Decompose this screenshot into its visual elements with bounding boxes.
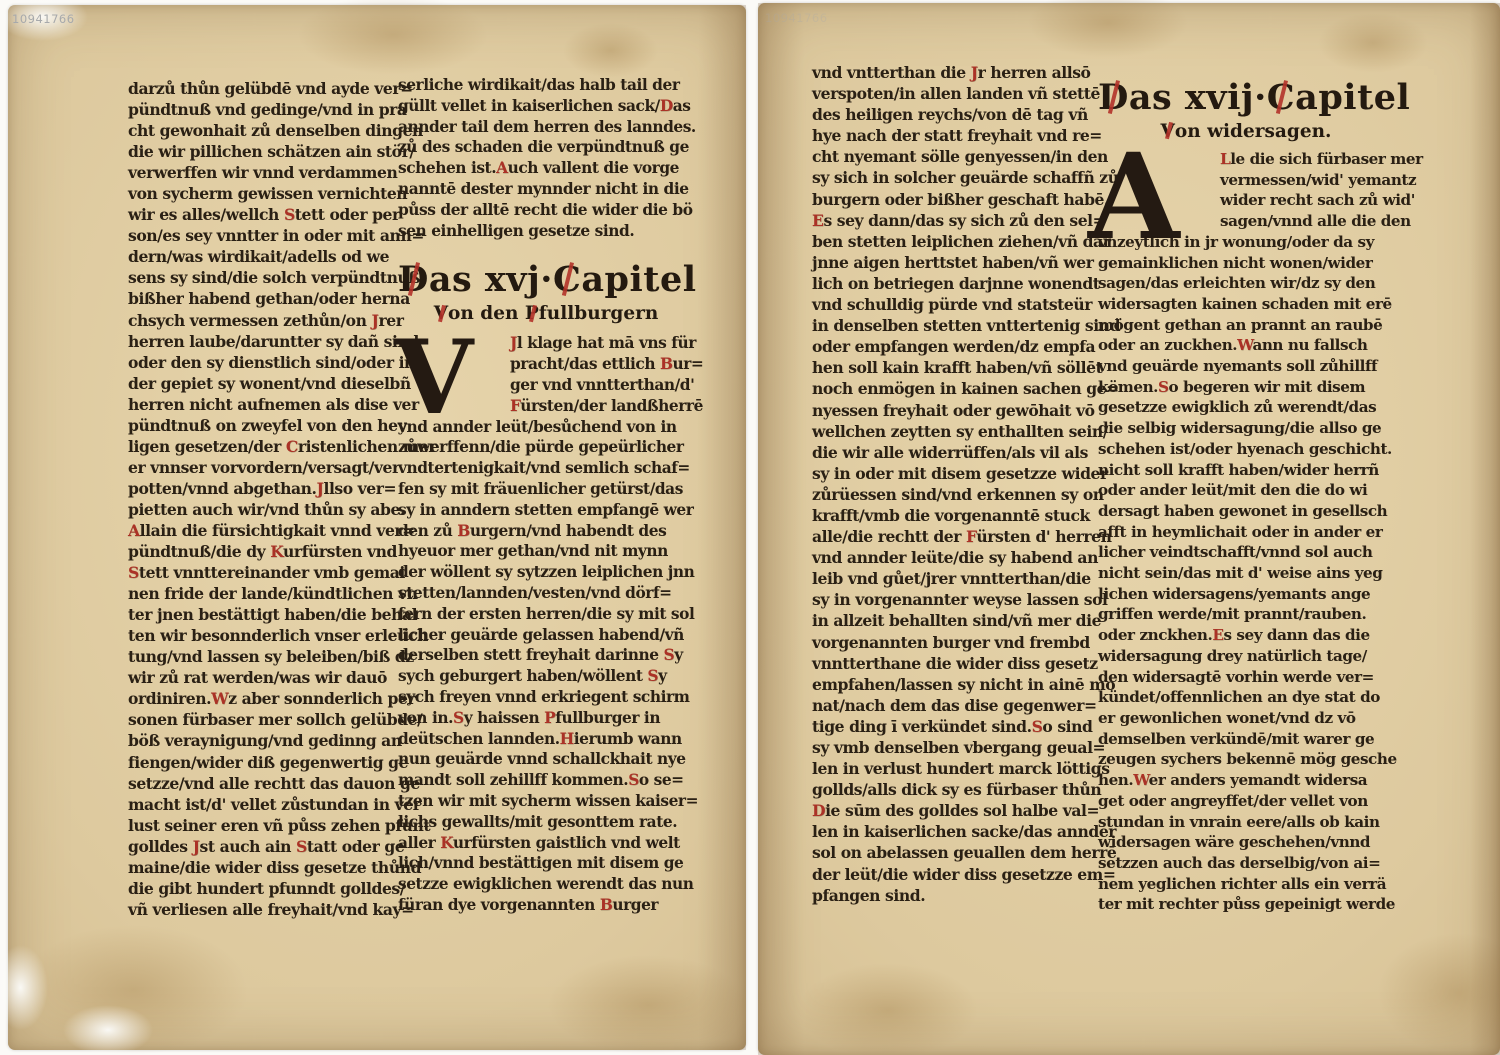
chapter-heading-16: Das xvj·Capitel <box>398 258 694 302</box>
text-line: von in.Sy haissen Pfullburger in <box>398 708 694 729</box>
text-line: nyessen freyhait oder gewōhait vō <box>812 400 1092 421</box>
text-line: tung/vnd lassen sy beleiben/biß dz <box>128 646 400 667</box>
rubricated-initial: S <box>128 563 139 582</box>
paper-stain <box>18 925 248 1055</box>
text-line: pündtnuß/die dy Kurfürsten vnd <box>128 541 400 562</box>
rubricated-initial: C <box>553 259 581 300</box>
text-line: cht gewonhait zů denselben dingen <box>128 120 400 141</box>
rubricated-initial: S <box>647 667 658 685</box>
rubricated-initial: B <box>660 355 673 373</box>
text-line: hye nach der statt freyhait vnd re= <box>812 125 1092 146</box>
text-line: sy in oder mit disem gesetzze wider <box>812 463 1092 484</box>
text-line: oder an zuckhen.Wann nu fallsch <box>1098 335 1394 356</box>
book-scan: 10941766 10941766 darzů thůn gelübdē vnd… <box>0 0 1500 1055</box>
rubricated-initial: J <box>510 334 517 352</box>
text-line: wellchen zeytten sy enthallten sein/ <box>812 421 1092 442</box>
left-column-2: serliche wirdikait/das halb tail dergüll… <box>398 75 694 916</box>
rubricated-initial: H <box>560 730 574 748</box>
text-line: zů des schaden die verpündtnuß ge <box>398 137 694 158</box>
rubricated-initial: C <box>286 437 298 456</box>
text-line: wider recht sach zů wid' <box>1220 190 1394 211</box>
rubricated-initial: D <box>398 259 429 300</box>
text-line: cht nyemant sölle genyessen/in den <box>812 146 1092 167</box>
rubricated-initial: F <box>510 397 520 415</box>
text-line: lust seiner eren vñ půss zehen pfunt <box>128 815 400 836</box>
text-line: sen einhelligen gesetze sind. <box>398 221 694 242</box>
paper-stain <box>1028 0 1188 58</box>
text-line: pfangen sind. <box>812 885 1092 906</box>
text-line: nem yeglichen richter alls ein verrä <box>1098 874 1394 895</box>
text-line: zůrüessen sind/vnd erkennen sy on <box>812 484 1092 505</box>
text-line: sy vmb denselben vbergang geual= <box>812 737 1092 758</box>
text-line: chsych vermessen zethůn/on Jrer <box>128 310 400 331</box>
woodcut-initial-V: V <box>394 333 473 423</box>
text-line: potten/vnnd abgethan.Jllso ver= <box>128 478 400 499</box>
text-line: güllt vellet in kaiserlichen sack/Das <box>398 96 694 117</box>
text-line: mandt soll zehillff kommen.So se= <box>398 770 694 791</box>
page-edge-shade <box>1470 3 1500 1055</box>
text-line: vnd annder leüte/die sy habend an <box>812 547 1092 568</box>
text-line: sagen/das erleichten wir/dz sy den <box>1098 273 1394 294</box>
text-line: lichs gewallts/mit gesonttem rate. <box>398 812 694 833</box>
text-line: Stett vnnttereinander vmb gemai <box>128 562 400 583</box>
rubricated-initial: S <box>284 205 295 224</box>
text-line: pracht/das ettlich Bur= <box>510 354 694 375</box>
page-edge-shade <box>698 5 746 1050</box>
torn-edge <box>0 945 48 1030</box>
text-line: tige ding ī verkündet sind.So sind <box>812 716 1092 737</box>
rubricated-initial: W <box>1133 771 1148 789</box>
text-line: licher geuärde gelassen habend/vñ <box>398 625 694 646</box>
rubricated-initial: A <box>128 521 140 540</box>
text-line: hyeuor mer gethan/vnd nit mynn <box>398 541 694 562</box>
text-line: von sycherm gewissen vernichten <box>128 183 400 204</box>
text-line: Es sey dann/das sy sich zů den sel= <box>812 210 1092 231</box>
text-line: nun geuärde vnnd schallckhait nye <box>398 749 694 770</box>
text-line: půss der alltē recht die wider die bö <box>398 200 694 221</box>
chapter-16-text: V Jl klage hat mā vns fürpracht/das ettl… <box>398 333 694 915</box>
text-line: afft in heymlichait oder in ander er <box>1098 522 1394 543</box>
text-line: lichen widersagens/yemants ange <box>1098 584 1394 605</box>
text-line: aller Kurfürsten gaistlich vnd welt <box>398 833 694 854</box>
text-line: herren nicht aufnemen als dise ver <box>128 394 400 415</box>
text-line: in allzeit behallten sind/vñ mer die <box>812 610 1092 631</box>
paper-stain <box>563 23 658 78</box>
rubricated-initial: W <box>211 689 228 708</box>
text-line: noch enmögen in kainen sachen ge= <box>812 378 1092 399</box>
text-line: golldes Jst auch ain Statt oder ge <box>128 836 400 857</box>
rubricated-initial: S <box>628 771 639 789</box>
text-line: er vnnser vorvordern/versagt/ver <box>128 457 400 478</box>
text-line: zůwerffenn/die pürde gepeürlicher <box>398 437 694 458</box>
torn-edge <box>63 1005 153 1055</box>
text-line: setzzen auch das derselbig/von ai= <box>1098 853 1394 874</box>
text-line: Jl klage hat mā vns für <box>510 333 694 354</box>
text-line: vñ verliesen alle freyhait/vnd kay= <box>128 899 400 920</box>
chapter-17-text: A Lle die sich fürbaser mervermessen/wid… <box>1098 149 1394 915</box>
page-edge-shade <box>758 3 804 1055</box>
text-line: derselben stett freyhait darinne Sy <box>398 645 694 666</box>
text-line: den zů Burgern/vnd habendt des <box>398 521 694 542</box>
text-line: gesetzze ewigklich zů werendt/das <box>1098 397 1394 418</box>
text-line: vnd vntterthan die Jr herren allsō <box>812 62 1092 83</box>
rubricated-initial: D <box>812 801 825 820</box>
text-line: ter jnen bestättigt haben/die behal <box>128 604 400 625</box>
text-line: die wir pillichen schätzen ain stör/ <box>128 141 400 162</box>
text-line: maine/die wider diss gesetze thůnd <box>128 857 400 878</box>
text-line: vnd schulldig pürde vnd statsteür <box>812 294 1092 315</box>
rubricated-initial: S <box>453 709 464 727</box>
rubricated-initial: J <box>971 63 978 82</box>
text-line: nanntē dester mynnder nicht in die <box>398 179 694 200</box>
text-line: sych freyen vnnd erkriegent schirm <box>398 687 694 708</box>
rubricated-initial: D <box>660 97 673 115</box>
text-line: stundan in vnrain eere/alls ob kain <box>1098 812 1394 833</box>
text-line: wir es alles/wellch Stett oder per <box>128 204 400 225</box>
rubricated-initial: E <box>812 211 823 230</box>
text-line: jnne aigen herttstet haben/vñ wer <box>812 252 1092 273</box>
text-line: verspoten/in allen landen vñ stettē <box>812 83 1092 104</box>
text-line: oder znckhen.Es sey dann das die <box>1098 625 1394 646</box>
text-line: des heiligen reychs/von dē tag vñ <box>812 104 1092 125</box>
rubricated-initial: J <box>317 479 324 498</box>
text-line: darzů thůn gelübdē vnd ayde ver= <box>128 78 400 99</box>
text-line: widersagten kainen schaden mit erē <box>1098 294 1394 315</box>
text-line: der wöllent sy sytzzen leiplichen jnn <box>398 562 694 583</box>
text-line: der gepiet sy wonent/vnd dieselbñ <box>128 373 400 394</box>
text-line: empfahen/lassen sy nicht in ainē mo <box>812 674 1092 695</box>
text-line: stetten/lannden/vesten/vnd dörf= <box>398 583 694 604</box>
text-line: die wir alle widerrüffen/als vil als <box>812 442 1092 463</box>
text-line: oder den sy dienstlich sind/oder in <box>128 352 400 373</box>
text-line: die gibt hundert pfunndt golldes/ <box>128 878 400 899</box>
text-line: sens sy sind/die solch verpündtnuß <box>128 267 400 288</box>
text-line: mögent gethan an prannt an raubē <box>1098 315 1394 336</box>
text-line: gollds/alls dick sy es fürbaser thůn <box>812 779 1092 800</box>
text-line: den widersagtē vorhin werde ver= <box>1098 667 1394 688</box>
text-line: widersagung drey natürlich tage/ <box>1098 646 1394 667</box>
text-line: oder ander leüt/mit den die do wi <box>1098 480 1394 501</box>
text-line: sy sich in solcher geuärde schaffñ zů <box>812 167 1092 188</box>
text-line: nicht sein/das mit d' weise ains yeg <box>1098 563 1394 584</box>
paper-stain <box>298 0 488 75</box>
text-line: fern der ersten herren/die sy mit sol <box>398 604 694 625</box>
text-line: vnntterthane die wider diss gesetz <box>812 653 1092 674</box>
text-line: tzen wir mit sycherm wissen kaiser= <box>398 791 694 812</box>
text-line: dern/was wirdikait/adells od we <box>128 246 400 267</box>
text-line: er gewonlichen wonet/vnd dz vō <box>1098 708 1394 729</box>
text-line: pündtnuß vnd gedinge/vnd in pra <box>128 99 400 120</box>
text-line: lich on betriegen darjnne wonendt <box>812 273 1092 294</box>
text-line: Lle die sich fürbaser mer <box>1220 149 1394 170</box>
text-line: Allain die fürsichtigkait vnnd ver= <box>128 520 400 541</box>
catalog-number-label-faint: 10941766 <box>765 11 828 25</box>
text-line: füran dye vorgenannten Burger <box>398 895 694 916</box>
text-line: sonen fürbaser mer sollch gelübde/ <box>128 709 400 730</box>
text-line: licher veindtschafft/vnnd sol auch <box>1098 542 1394 563</box>
rubricated-initial: J <box>372 311 379 330</box>
woodcut-initial-A: A <box>1088 145 1180 249</box>
text-line: demselben verkündē/mit warer ge <box>1098 729 1394 750</box>
text-line: böß veraynigung/vnd gedinng an <box>128 730 400 751</box>
text-line: lich/vnnd bestättigen mit disem ge <box>398 853 694 874</box>
text-line: der leüt/die wider diss gesetzze em= <box>812 864 1092 885</box>
rubricated-initial: D <box>1098 77 1129 118</box>
paper-stain <box>1378 933 1500 1053</box>
text-line: herren laube/daruntter sy dañ sind <box>128 331 400 352</box>
rubricated-initial: B <box>457 522 470 540</box>
rubricated-initial: A <box>496 159 508 177</box>
text-line: nen fride der lande/kündtlichen vn <box>128 583 400 604</box>
text-line: zeugen sychers bekennē mög gesche <box>1098 749 1394 770</box>
text-line: verwerffen wir vnnd verdammen <box>128 162 400 183</box>
text-line: ligen gesetzen/der Cristenlichen mer <box>128 436 400 457</box>
text-line: setzze ewigklichen werendt das nun <box>398 874 694 895</box>
text-line: pündtnuß on zweyfel von den hey <box>128 415 400 436</box>
text-line: setzze/vnd alle rechtt das dauon ge <box>128 773 400 794</box>
text-line: fen sy mit fräuenlicher getürst/das <box>398 479 694 500</box>
text-line: schehen ist.Auch vallent die vorge <box>398 158 694 179</box>
rubricated-initial: S <box>296 837 307 856</box>
rubricated-initial: E <box>1212 626 1223 644</box>
text-line: serliche wirdikait/das halb tail der <box>398 75 694 96</box>
text-line: son/es sey vnntter in oder mit ann= <box>128 225 400 246</box>
text-line: len in kaiserlichen sacke/das annder <box>812 821 1092 842</box>
catalog-number-label: 10941766 <box>12 12 75 26</box>
rubricated-initial: J <box>193 837 200 856</box>
paper-stain <box>1318 13 1428 73</box>
text-line: ben stetten leiplichen ziehen/vñ dar <box>812 231 1092 252</box>
text-line: hen.Wer anders yemandt widersa <box>1098 770 1394 791</box>
text-line: burgern oder bißher geschaft habē. <box>812 189 1092 210</box>
left-column-1: darzů thůn gelübdē vnd ayde ver=pündtnuß… <box>128 78 400 920</box>
rubricated-initial: C <box>1267 77 1295 118</box>
text-line: get oder angreyffet/der vellet von <box>1098 791 1394 812</box>
text-line: leib vnd gůet/jrer vnntterthan/die <box>812 568 1092 589</box>
text-line: vermessen/wid' yemantz <box>1220 170 1394 191</box>
text-line: nat/nach dem das dise gegenwer= <box>812 695 1092 716</box>
text-line: macht ist/d' vellet zůstundan in ver <box>128 794 400 815</box>
text-line: len in verlust hundert marck löttigs <box>812 758 1092 779</box>
text-line: ten wir besonnderlich vnser erleüch <box>128 625 400 646</box>
column-intro: serliche wirdikait/das halb tail dergüll… <box>398 75 694 241</box>
rubricated-initial: L <box>1220 150 1230 168</box>
paper-stain <box>798 963 978 1055</box>
rubricated-initial: P <box>525 303 539 324</box>
text-line: schehen ist/oder hyenach geschicht. <box>1098 439 1394 460</box>
rubricated-initial: S <box>664 646 675 664</box>
text-line: griffen werde/mit prannt/rauben. <box>1098 604 1394 625</box>
text-line: fiengen/wider diß gegenwertig ge <box>128 752 400 773</box>
text-line: wir zů rat werden/was wir dauō <box>128 667 400 688</box>
text-line: die selbig widersagung/die allso ge <box>1098 418 1394 439</box>
chapter-heading-17: Das xvij·Capitel <box>1098 76 1394 120</box>
rubricated-initial: W <box>1237 336 1252 354</box>
text-line: sy in vorgenannter weyse lassen sol <box>812 589 1092 610</box>
paper-stain <box>548 955 748 1055</box>
text-line: alle/die rechtt der Fürsten d' herren <box>812 526 1092 547</box>
rubricated-initial: K <box>440 834 453 852</box>
text-line: vnd geuärde nyemants soll zůhillff <box>1098 356 1394 377</box>
text-line: ordiniren.Wz aber sonnderlich per <box>128 688 400 709</box>
right-column-2: Das xvij·Capitel Von widersagen. A Lle d… <box>1098 76 1394 915</box>
rubricated-initial: B <box>600 896 613 914</box>
text-line: ter mit rechter půss gepeinigt werde <box>1098 894 1394 915</box>
text-line: kündet/offennlichen an dye stat do <box>1098 687 1394 708</box>
text-line: sych geburgert haben/wöllent Sy <box>398 666 694 687</box>
text-line: kömen.So begeren wir mit disem <box>1098 377 1394 398</box>
text-line: vndtertenigkait/vnd semlich schaf= <box>398 458 694 479</box>
right-column-1: vnd vntterthan die Jr herren allsōverspo… <box>812 62 1092 906</box>
text-line: annder tail dem herren des lanndes. <box>398 117 694 138</box>
text-line: oder empfangen werden/dz empfa <box>812 336 1092 357</box>
text-line: vorgenannten burger vnd frembd <box>812 632 1092 653</box>
text-line: bißher habend gethan/oder herna <box>128 288 400 309</box>
text-line: nicht soll krafft haben/wider herrñ <box>1098 460 1394 481</box>
rubricated-initial: S <box>1032 717 1043 736</box>
text-line: dersagt haben gewonet in gesellsch <box>1098 501 1394 522</box>
text-line: hen soll kain krafft haben/vñ söllēt <box>812 357 1092 378</box>
rubricated-initial: F <box>966 527 976 546</box>
text-line: pietten auch wir/vnd thůn sy abe. <box>128 499 400 520</box>
text-line: Die sūm des golldes sol halbe val= <box>812 800 1092 821</box>
text-line: widersagen wäre geschehen/vnnd <box>1098 832 1394 853</box>
text-line: ger vnd vnntterthan/d' <box>510 375 694 396</box>
text-line: sagen/vnnd alle die den <box>1220 211 1394 232</box>
rubricated-initial: P <box>544 709 555 727</box>
text-line: sy in anndern stetten empfangē wer <box>398 500 694 521</box>
text-line: deütschen lannden.Hierumb wann <box>398 729 694 750</box>
text-line: krafft/vmb die vorgenanntē stuck <box>812 505 1092 526</box>
rubricated-initial: S <box>1158 378 1169 396</box>
rubricated-initial: K <box>270 542 283 561</box>
text-line: sol on abelassen geuallen dem herrē <box>812 842 1092 863</box>
text-line: in denselben stetten vnttertenig sind <box>812 315 1092 336</box>
text-line: Fürsten/der landßherrē <box>510 396 694 417</box>
